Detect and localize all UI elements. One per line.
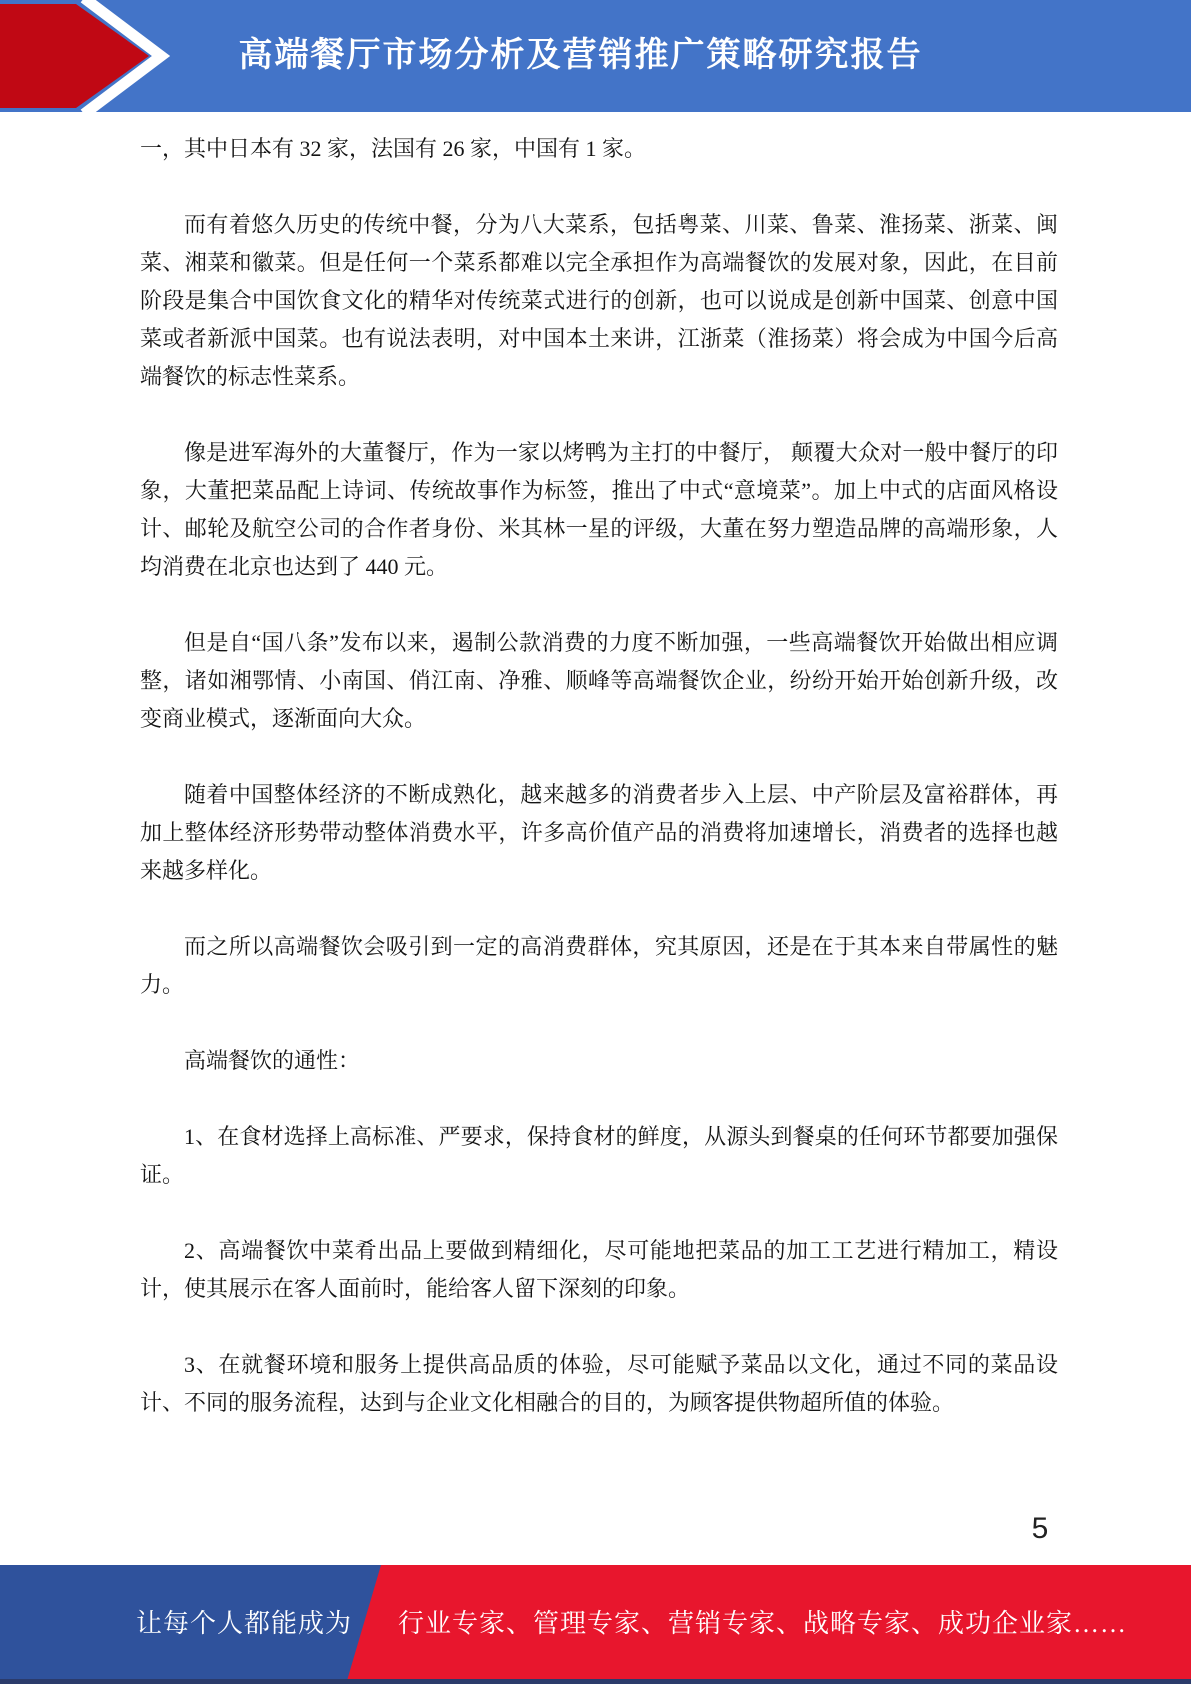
footer-left-text: 让每个人都能成为: [0, 1565, 352, 1677]
body-paragraph: 3、在就餐环境和服务上提供高品质的体验，尽可能赋予菜品以文化，通过不同的菜品设计…: [140, 1346, 1058, 1422]
body-paragraph: 2、高端餐饮中菜肴出品上要做到精细化，尽可能地把菜品的加工工艺进行精加工，精设计…: [140, 1232, 1058, 1308]
body-paragraph: 像是进军海外的大董餐厅，作为一家以烤鸭为主打的中餐厅， 颠覆大众对一般中餐厅的印…: [140, 434, 1058, 586]
report-title: 高端餐厅市场分析及营销推广策略研究报告: [90, 0, 1071, 112]
body-text: 一，其中日本有 32 家，法国有 26 家，中国有 1 家。而有着悠久历史的传统…: [140, 130, 1058, 1460]
footer-right-text: 行业专家、管理专家、营销专家、战略专家、成功企业家……: [398, 1565, 1151, 1677]
body-paragraph: 但是自“国八条”发布以来，遏制公款消费的力度不断加强，一些高端餐饮开始做出相应调…: [140, 624, 1058, 738]
header-banner: 高端餐厅市场分析及营销推广策略研究报告: [0, 0, 1191, 112]
report-page: 高端餐厅市场分析及营销推广策略研究报告 一，其中日本有 32 家，法国有 26 …: [0, 0, 1191, 1684]
page-number: 5: [1018, 1512, 1062, 1546]
body-paragraph: 而之所以高端餐饮会吸引到一定的高消费群体，究其原因，还是在于其本来自带属性的魅力…: [140, 928, 1058, 1004]
body-paragraph: 一，其中日本有 32 家，法国有 26 家，中国有 1 家。: [140, 130, 1058, 168]
footer: 让每个人都能成为 行业专家、管理专家、营销专家、战略专家、成功企业家……: [0, 1565, 1191, 1684]
body-paragraph: 随着中国整体经济的不断成熟化，越来越多的消费者步入上层、中产阶层及富裕群体，再加…: [140, 776, 1058, 890]
body-paragraph: 高端餐饮的通性：: [140, 1042, 1058, 1080]
body-paragraph: 1、在食材选择上高标准、严要求，保持食材的鲜度，从源头到餐桌的任何环节都要加强保…: [140, 1118, 1058, 1194]
body-paragraph: 而有着悠久历史的传统中餐，分为八大菜系，包括粤菜、川菜、鲁菜、淮扬菜、浙菜、闽菜…: [140, 206, 1058, 396]
